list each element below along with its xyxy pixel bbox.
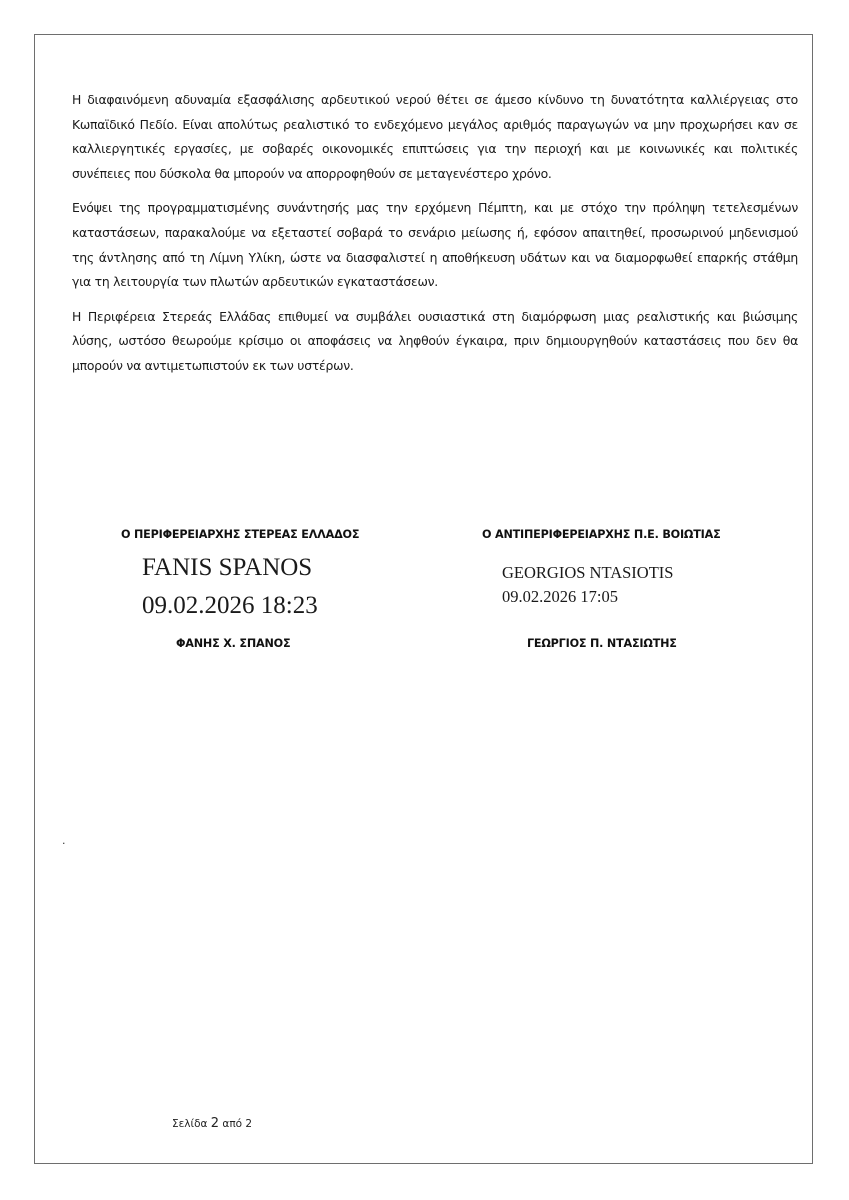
left-digital-signature-datetime: 09.02.2026 18:23 xyxy=(142,592,318,620)
stray-mark: . xyxy=(62,834,66,847)
left-signatory-title: Ο ΠΕΡΙΦΕΡΕΙΑΡΧΗΣ ΣΤΕΡΕΑΣ ΕΛΛΑΔΟΣ xyxy=(121,528,359,541)
left-digital-signature-name: FANIS SPANOS xyxy=(142,554,312,582)
paragraph-3: Η Περιφέρεια Στερεάς Ελλάδας επιθυμεί να… xyxy=(72,305,798,379)
right-signatory-title: Ο ΑΝΤΙΠΕΡΙΦΕΡΕΙΑΡΧΗΣ Π.Ε. ΒΟΙΩΤΙΑΣ xyxy=(482,528,721,541)
right-digital-signature-name: GEORGIOS NTASIOTIS xyxy=(502,563,673,583)
paragraph-2: Ενόψει της προγραμματισμένης συνάντησής … xyxy=(72,196,798,294)
page-number-footer: Σελίδα 2 από 2 xyxy=(172,1116,252,1131)
right-signatory-printed-name: ΓΕΩΡΓΙΟΣ Π. ΝΤΑΣΙΩΤΗΣ xyxy=(527,637,677,650)
left-signatory-printed-name: ΦΑΝΗΣ Χ. ΣΠΑΝΟΣ xyxy=(176,637,290,650)
paragraph-1: Η διαφαινόμενη αδυναμία εξασφάλισης αρδε… xyxy=(72,88,798,186)
page-label: Σελίδα xyxy=(172,1118,207,1130)
current-page: 2 xyxy=(211,1116,219,1131)
right-digital-signature-datetime: 09.02.2026 17:05 xyxy=(502,587,618,607)
of-label: από xyxy=(222,1118,242,1130)
letter-body: Η διαφαινόμενη αδυναμία εξασφάλισης αρδε… xyxy=(72,88,798,389)
total-pages: 2 xyxy=(245,1118,252,1130)
